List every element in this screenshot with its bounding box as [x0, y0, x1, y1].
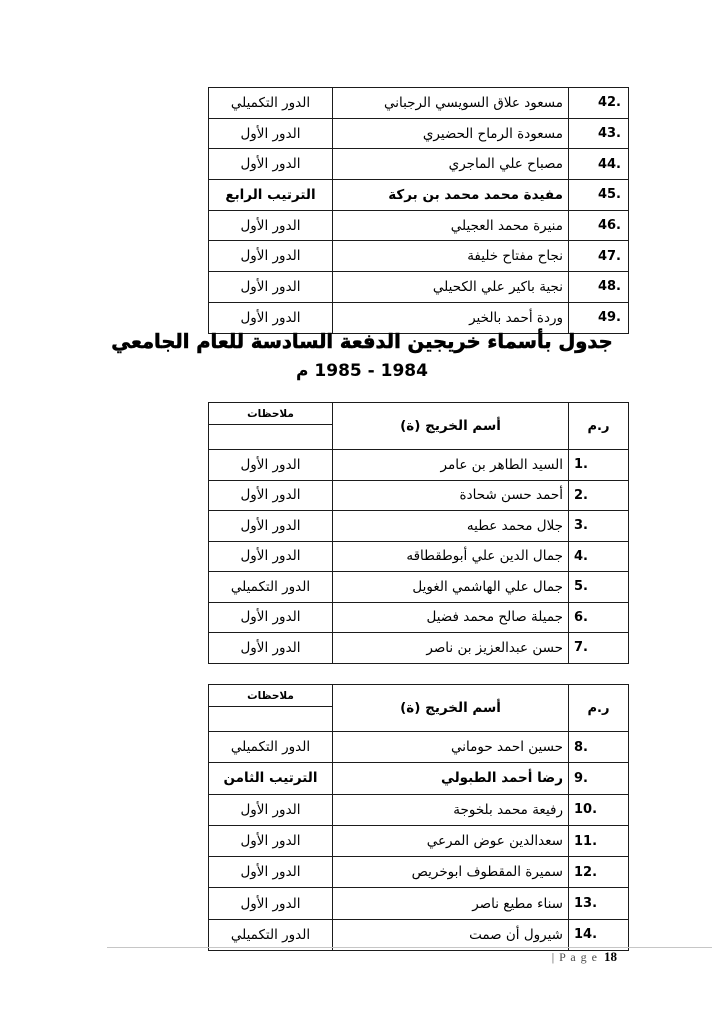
graduate-name-cell: حسن عبدالعزيز بن ناصر — [333, 633, 569, 664]
table-row: 3.جلال محمد عطيهالدور الأول — [209, 511, 629, 542]
table-row: 1.السيد الطاهر بن عامرالدور الأول — [209, 450, 629, 481]
remarks-cell: الدور الأول — [209, 794, 333, 825]
graduate-name-cell: جميلة صالح محمد فضيل — [333, 602, 569, 633]
row-number-cell: 4. — [569, 541, 629, 572]
row-number-cell: 42. — [569, 88, 629, 119]
remarks-cell: الدور الأول — [209, 633, 333, 664]
table-row: 45.مفيدة محمد محمد بن بركةالترتيب الرابع — [209, 180, 629, 211]
remarks-cell: الدور التكميلي — [209, 732, 333, 763]
remarks-cell: الترتيب الثامن — [209, 763, 333, 794]
serial-header-cell: ر.م — [569, 403, 629, 450]
remarks-cell: الدور التكميلي — [209, 572, 333, 603]
row-number-cell: 2. — [569, 480, 629, 511]
row-number-cell: 49. — [569, 302, 629, 333]
row-number-cell: 45. — [569, 180, 629, 211]
table-row: 14.شيرول أن صمتالدور التكميلي — [209, 919, 629, 950]
remarks-cell: الدور الأول — [209, 272, 333, 303]
row-number-cell: 13. — [569, 888, 629, 919]
row-number-cell: 12. — [569, 857, 629, 888]
row-number-cell: 11. — [569, 825, 629, 856]
table-row: 11.سعدالدين عوض المرعيالدور الأول — [209, 825, 629, 856]
graduate-name-header-cell: أسم الخريج (ة) — [333, 403, 569, 450]
footer-page-label: | P a g e — [552, 950, 598, 964]
remarks-cell: الدور الأول — [209, 511, 333, 542]
row-number-cell: 7. — [569, 633, 629, 664]
graduate-name-cell: مسعود علاق السويسي الرجباني — [333, 88, 569, 119]
graduates-table-8-14: ر.مأسم الخريج (ة)ملاحظات8.حسين احمد حوما… — [208, 684, 628, 951]
graduate-name-cell: شيرول أن صمت — [333, 919, 569, 950]
row-number-cell: 6. — [569, 602, 629, 633]
remarks-cell: الدور الأول — [209, 210, 333, 241]
graduate-name-cell: جمال الدين علي أبوطقطاقه — [333, 541, 569, 572]
remarks-cell: الدور الأول — [209, 857, 333, 888]
remarks-cell: الترتيب الرابع — [209, 180, 333, 211]
row-number-cell: 48. — [569, 272, 629, 303]
remarks-subheader-cell — [209, 425, 333, 450]
table-row: 48.نجية باكير علي الكحيليالدور الأول — [209, 272, 629, 303]
table-row: 5.جمال علي الهاشمي الغويلالدور التكميلي — [209, 572, 629, 603]
row-number-cell: 10. — [569, 794, 629, 825]
table-row: 44.مصباح علي الماجريالدور الأول — [209, 149, 629, 180]
table-row: 10.رفيعة محمد بلخوجةالدور الأول — [209, 794, 629, 825]
graduate-name-cell: سناء مطيع ناصر — [333, 888, 569, 919]
row-number-cell: 46. — [569, 210, 629, 241]
remarks-header-cell: ملاحظات — [209, 403, 333, 425]
graduates-table: 42.مسعود علاق السويسي الرجبانيالدور التك… — [208, 87, 629, 334]
row-number-cell: 3. — [569, 511, 629, 542]
serial-header-cell: ر.م — [569, 685, 629, 732]
remarks-cell: الدور التكميلي — [209, 88, 333, 119]
table-row: 12.سميرة المقطوف ابوخريصالدور الأول — [209, 857, 629, 888]
table-row: 8.حسين احمد حومانيالدور التكميلي — [209, 732, 629, 763]
graduate-name-cell: مصباح علي الماجري — [333, 149, 569, 180]
table-row: 7.حسن عبدالعزيز بن ناصرالدور الأول — [209, 633, 629, 664]
graduate-name-cell: حسين احمد حوماني — [333, 732, 569, 763]
header-row: ر.مأسم الخريج (ة)ملاحظات — [209, 685, 629, 707]
graduate-name-cell: رضا أحمد الطبولي — [333, 763, 569, 794]
row-number-cell: 43. — [569, 118, 629, 149]
table-row: 49.وردة أحمد بالخيرالدور الأول — [209, 302, 629, 333]
page-footer: | P a g e 18 — [552, 949, 617, 965]
table-row: 9.رضا أحمد الطبوليالترتيب الثامن — [209, 763, 629, 794]
table-row: 46.منيرة محمد العجيليالدور الأول — [209, 210, 629, 241]
graduates-table: ر.مأسم الخريج (ة)ملاحظات1.السيد الطاهر ب… — [208, 402, 629, 664]
remarks-cell: الدور الأول — [209, 480, 333, 511]
graduate-name-cell: جلال محمد عطيه — [333, 511, 569, 542]
remarks-cell: الدور الأول — [209, 302, 333, 333]
table-row: 2.أحمد حسن شحادةالدور الأول — [209, 480, 629, 511]
graduate-name-cell: سعدالدين عوض المرعي — [333, 825, 569, 856]
graduates-table-continuation: 42.مسعود علاق السويسي الرجبانيالدور التك… — [208, 87, 628, 334]
remarks-header-cell: ملاحظات — [209, 685, 333, 707]
remarks-cell: الدور الأول — [209, 888, 333, 919]
row-number-cell: 44. — [569, 149, 629, 180]
graduate-name-cell: مسعودة الرماح الحضيري — [333, 118, 569, 149]
graduate-name-cell: نجية باكير علي الكحيلي — [333, 272, 569, 303]
graduate-name-cell: السيد الطاهر بن عامر — [333, 450, 569, 481]
graduate-name-cell: منيرة محمد العجيلي — [333, 210, 569, 241]
footer-divider — [107, 947, 712, 948]
graduate-name-cell: نجاح مفتاح خليفة — [333, 241, 569, 272]
remarks-cell: الدور الأول — [209, 241, 333, 272]
remarks-cell: الدور الأول — [209, 450, 333, 481]
table-row: 47.نجاح مفتاح خليفةالدور الأول — [209, 241, 629, 272]
row-number-cell: 14. — [569, 919, 629, 950]
header-row: ر.مأسم الخريج (ة)ملاحظات — [209, 403, 629, 425]
remarks-subheader-cell — [209, 707, 333, 732]
table-row: 6.جميلة صالح محمد فضيلالدور الأول — [209, 602, 629, 633]
remarks-cell: الدور الأول — [209, 149, 333, 180]
table-row: 42.مسعود علاق السويسي الرجبانيالدور التك… — [209, 88, 629, 119]
section-title: جدول بأسماء خريجين الدفعة السادسة للعام … — [94, 330, 630, 353]
remarks-cell: الدور التكميلي — [209, 919, 333, 950]
graduate-name-cell: جمال علي الهاشمي الغويل — [333, 572, 569, 603]
graduates-table: ر.مأسم الخريج (ة)ملاحظات8.حسين احمد حوما… — [208, 684, 629, 951]
graduates-table-1-7: ر.مأسم الخريج (ة)ملاحظات1.السيد الطاهر ب… — [208, 402, 628, 664]
graduate-name-header-cell: أسم الخريج (ة) — [333, 685, 569, 732]
graduate-name-cell: وردة أحمد بالخير — [333, 302, 569, 333]
graduate-name-cell: رفيعة محمد بلخوجة — [333, 794, 569, 825]
table-row: 43.مسعودة الرماح الحضيريالدور الأول — [209, 118, 629, 149]
remarks-cell: الدور الأول — [209, 825, 333, 856]
row-number-cell: 5. — [569, 572, 629, 603]
remarks-cell: الدور الأول — [209, 541, 333, 572]
remarks-cell: الدور الأول — [209, 118, 333, 149]
footer-page-number: 18 — [604, 949, 617, 964]
remarks-cell: الدور الأول — [209, 602, 333, 633]
row-number-cell: 8. — [569, 732, 629, 763]
row-number-cell: 9. — [569, 763, 629, 794]
table-row: 13.سناء مطيع ناصرالدور الأول — [209, 888, 629, 919]
table-row: 4.جمال الدين علي أبوطقطاقهالدور الأول — [209, 541, 629, 572]
graduate-name-cell: مفيدة محمد محمد بن بركة — [333, 180, 569, 211]
row-number-cell: 47. — [569, 241, 629, 272]
document-page: { "title": { "line1": "جدول بأسماء خريجي… — [0, 0, 724, 1024]
graduate-name-cell: سميرة المقطوف ابوخريص — [333, 857, 569, 888]
graduate-name-cell: أحمد حسن شحادة — [333, 480, 569, 511]
section-subtitle-years: 1984 - 1985 م — [94, 361, 630, 381]
row-number-cell: 1. — [569, 450, 629, 481]
